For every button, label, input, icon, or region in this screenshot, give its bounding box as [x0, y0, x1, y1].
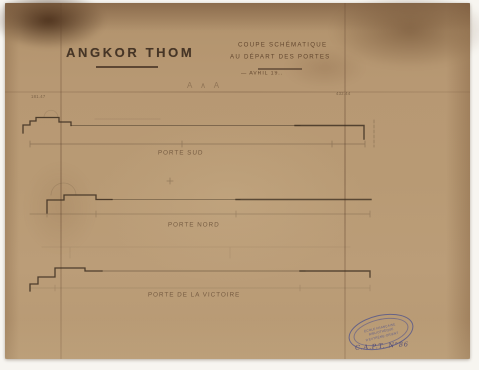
porte-victoire-profile-right: [300, 271, 370, 277]
porte-victoire-dimension-line: [30, 285, 370, 291]
pencil-plus-mark: [167, 178, 173, 184]
scanned-drawing-page: { "header": { "title": "ANGKOR THOM", "s…: [0, 0, 479, 370]
porte-victoire-profile-left: [30, 268, 102, 291]
label-porte-nord: PORTE NORD: [168, 222, 220, 228]
label-porte-sud: PORTE SUD: [158, 150, 204, 156]
subtitle-line-2: AU DÉPART DES PORTES: [230, 54, 331, 60]
porte-sud-profile-right: [295, 126, 364, 140]
elevation-label-right: 432.44: [336, 92, 351, 96]
porte-sud-profile-left: [23, 118, 71, 134]
drawing-title: ANGKOR THOM: [66, 45, 194, 60]
porte-sud-dimension-line: [30, 141, 365, 147]
pencil-dome-sketch-2: [51, 183, 76, 195]
subtitle-date: — AVRIL 19..: [241, 71, 283, 76]
title-underline: [96, 66, 158, 68]
pencil-dome-sketch-1: [44, 110, 160, 119]
label-porte-victoire: PORTE DE LA VICTOIRE: [148, 292, 241, 298]
pencil-rectangle-sketch-3: [42, 247, 350, 258]
center-axis-mark: A ∧ A: [187, 81, 222, 90]
porte-nord-dimension-line: [30, 211, 370, 217]
elevation-label-left: 181.47: [31, 95, 46, 99]
subtitle-line-1: COUPE SCHÉMATIQUE: [238, 42, 327, 48]
subtitle-underline: [258, 68, 302, 70]
porte-nord-profile-left: [47, 195, 112, 213]
